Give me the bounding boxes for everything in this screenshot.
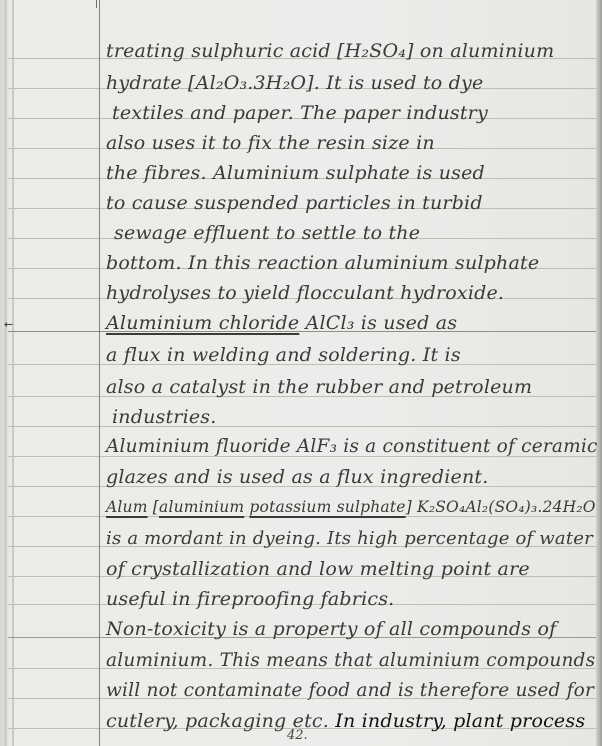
margin-line xyxy=(99,0,100,746)
text-line: Aluminium chloride AlCl₃ is used as xyxy=(106,312,457,334)
text-line: treating sulphuric acid [H₂SO₄] on alumi… xyxy=(106,40,554,62)
text-line: useful in fireproofing fabrics. xyxy=(106,588,394,610)
page-edge xyxy=(596,0,602,746)
text-line: also a catalyst in the rubber and petrol… xyxy=(106,376,532,398)
text-line: of crystallization and low melting point… xyxy=(106,558,530,580)
underlined-term: Alum xyxy=(106,498,148,516)
margin-arrow-icon: ← xyxy=(4,318,13,331)
text-fragment: [ xyxy=(148,498,159,516)
text-line: cutlery, packaging etc. In industry, pla… xyxy=(106,710,585,732)
text-line: industries. xyxy=(112,406,217,428)
text-fragment: ] K₂SO₄Al₂(SO₄)₃.24H₂O xyxy=(406,498,596,516)
text-line: to cause suspended particles in turbid xyxy=(106,192,483,214)
text-line: Aluminium fluoride AlF₃ is a constituent… xyxy=(106,436,598,458)
text-line: Non-toxicity is a property of all compou… xyxy=(106,618,556,640)
text-line: Alum [aluminium potassium sulphate] K₂SO… xyxy=(106,496,596,518)
text-line: hydrolyses to yield flocculant hydroxide… xyxy=(106,282,504,304)
binding-edge xyxy=(4,0,7,746)
text-line: will not contaminate food and is therefo… xyxy=(106,680,594,702)
margin-tick xyxy=(96,0,103,8)
text-line: glazes and is used as a flux ingredient. xyxy=(106,466,488,488)
text-fragment: In industry, plant process xyxy=(335,710,585,732)
text-line: is a mordant in dyeing. Its high percent… xyxy=(106,528,593,550)
text-line: textiles and paper. The paper industry xyxy=(112,102,488,124)
ruled-line xyxy=(8,426,596,427)
underlined-term: Aluminium chloride xyxy=(106,312,299,334)
text-fragment: AlCl₃ is used as xyxy=(299,312,457,334)
underlined-term: potassium sulphate xyxy=(249,498,405,516)
text-line: the fibres. Aluminium sulphate is used xyxy=(106,162,485,184)
underlined-term: aluminium xyxy=(159,498,244,516)
text-line: sewage effluent to settle to the xyxy=(114,222,420,244)
text-line: also uses it to fix the resin size in xyxy=(106,132,435,154)
notebook-page: ← treating sulphuric acid [H₂SO₄] on alu… xyxy=(0,0,602,746)
binding-edge-inner xyxy=(12,0,14,746)
page-number: 42. xyxy=(287,728,308,743)
text-line: a flux in welding and soldering. It is xyxy=(106,344,461,366)
text-line: bottom. In this reaction aluminium sulph… xyxy=(106,252,539,274)
text-line: aluminium. This means that aluminium com… xyxy=(106,650,595,672)
text-line: hydrate [Al₂O₃.3H₂O]. It is used to dye xyxy=(106,72,483,94)
